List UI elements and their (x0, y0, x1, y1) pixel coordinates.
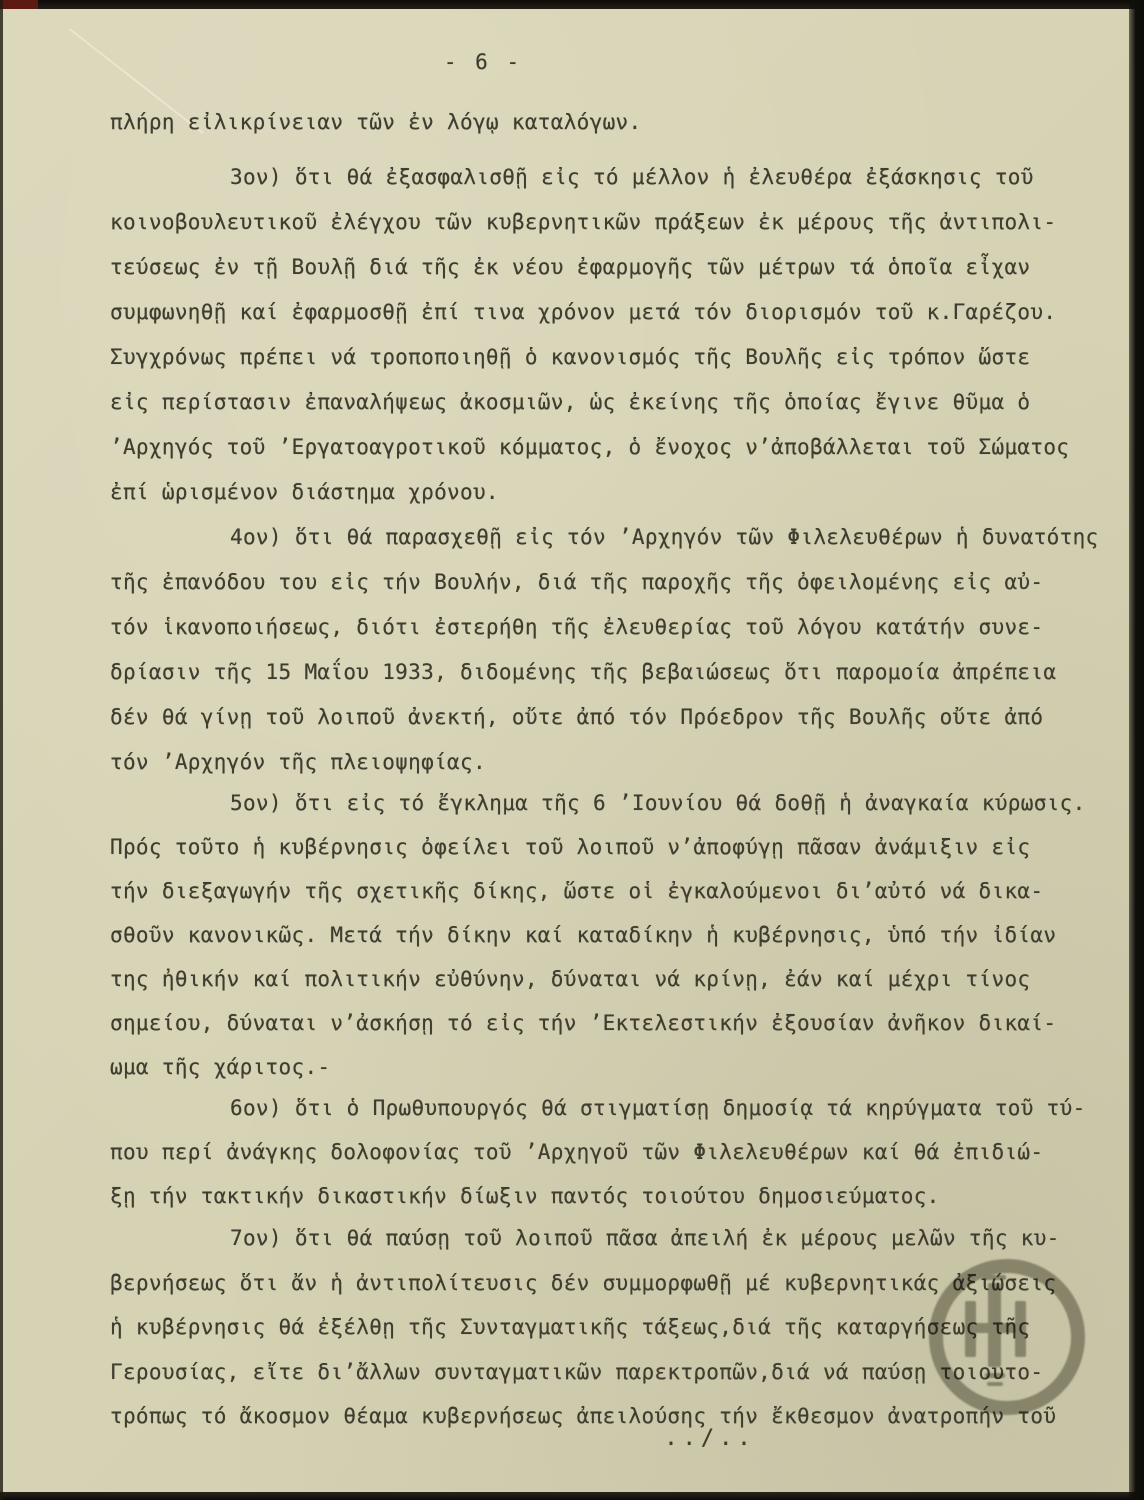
doc-line: Πρός τοῦτο ἡ κυβέρνησις ὀφείλει τοῦ λοιπ… (110, 825, 1110, 869)
page-number: - 6 - (433, 50, 533, 74)
doc-line: 3ον) ὅτι θά ἐξασφαλισθῇ εἰς τό μέλλον ἡ … (110, 155, 1110, 200)
doc-line: τῆς ἐπανόδου του εἰς τήν Βουλήν, διά τῆς… (110, 560, 1110, 605)
doc-line: τήν διεξαγωγήν τῆς σχετικῆς δίκης, ὥστε … (110, 869, 1110, 913)
doc-line: ἐπί ὡρισμένον διάστημα χρόνου. (110, 470, 1110, 515)
doc-line: ξῃ τήν τακτικήν δικαστικήν δίωξιν παντός… (110, 1174, 1110, 1218)
paragraph-item-4: 4ον) ὅτι θά παρασχεθῇ εἰς τόν ’Αρχηγόν τ… (110, 515, 1110, 785)
scan-edge-top (0, 0, 1144, 9)
doc-line: Συγχρόνως πρέπει νά τροποποιηθῇ ὁ κανονι… (110, 335, 1110, 380)
doc-line: σημείου, δύναται ν’ἀσκήσῃ τό εἰς τήν ’Εκ… (110, 1001, 1110, 1045)
doc-line: 6ον) ὅτι ὁ Πρωθυπουργός θά στιγματίσῃ δη… (110, 1086, 1110, 1130)
doc-line: σθοῦν κανονικῶς. Μετά τήν δίκην καί κατα… (110, 913, 1110, 957)
doc-line: 7ον) ὅτι θά παύσῃ τοῦ λοιποῦ πᾶσα ἀπειλή… (110, 1216, 1110, 1261)
doc-line: τεύσεως ἐν τῇ Βουλῇ διά τῆς ἐκ νέου ἐφαρ… (110, 245, 1110, 290)
doc-line: κοινοβουλευτικοῦ ἐλέγχου τῶν κυβερνητικῶ… (110, 200, 1110, 245)
scan-edge-bottom (0, 1492, 1144, 1500)
doc-line: δρίασιν τῆς 15 Μαΐου 1933, διδομένης τῆς… (110, 650, 1110, 695)
scan-edge-right (1129, 0, 1144, 1500)
paragraph: πλήρη εἰλικρίνειαν τῶν ἐν λόγῳ καταλόγων… (110, 100, 1110, 145)
doc-line: δέν θά γίνῃ τοῦ λοιποῦ ἀνεκτή, οὔτε ἀπό … (110, 695, 1110, 740)
paragraph-item-3: 3ον) ὅτι θά ἐξασφαλισθῇ εἰς τό μέλλον ἡ … (110, 155, 1110, 515)
doc-line: τόν ’Αρχηγόν τῆς πλειοψηφίας. (110, 740, 1110, 785)
doc-line: ωμα τῆς χάριτος.- (110, 1045, 1110, 1089)
doc-line: ’Αρχηγός τοῦ ’Εργατοαγροτικοῦ κόμματος, … (110, 425, 1110, 470)
doc-line: συμφωνηθῇ καί ἐφαρμοσθῇ ἐπί τινα χρόνον … (110, 290, 1110, 335)
doc-line: 4ον) ὅτι θά παρασχεθῇ εἰς τόν ’Αρχηγόν τ… (110, 515, 1110, 560)
paragraph-item-5: 5ον) ὅτι εἰς τό ἔγκλημα τῆς 6 ’Ιουνίου θ… (110, 781, 1110, 1089)
scan-edge-left (0, 0, 3, 1500)
doc-line: τόν ἱκανοποιήσεως, διότι ἐστερήθη τῆς ἐλ… (110, 605, 1110, 650)
doc-line: πλήρη εἰλικρίνειαν τῶν ἐν λόγῳ καταλόγων… (110, 100, 1110, 145)
continuation-mark: ../.. (640, 1426, 780, 1451)
circular-archive-stamp-icon (925, 1255, 1089, 1419)
doc-line: της ἠθικήν καί πολιτικήν εὐθύνην, δύνατα… (110, 957, 1110, 1001)
doc-line: 5ον) ὅτι εἰς τό ἔγκλημα τῆς 6 ’Ιουνίου θ… (110, 781, 1110, 825)
doc-line: που περί ἀνάγκης δολοφονίας τοῦ ’Αρχηγοῦ… (110, 1130, 1110, 1174)
scanned-document-page: { "page": { "number_label": "- 6 -", "co… (0, 0, 1144, 1500)
paragraph-item-6: 6ον) ὅτι ὁ Πρωθυπουργός θά στιγματίσῃ δη… (110, 1086, 1110, 1218)
doc-line: εἰς περίστασιν ἐπαναλήψεως ἀκοσμιῶν, ὡς … (110, 380, 1110, 425)
corner-red-mark (0, 0, 38, 9)
